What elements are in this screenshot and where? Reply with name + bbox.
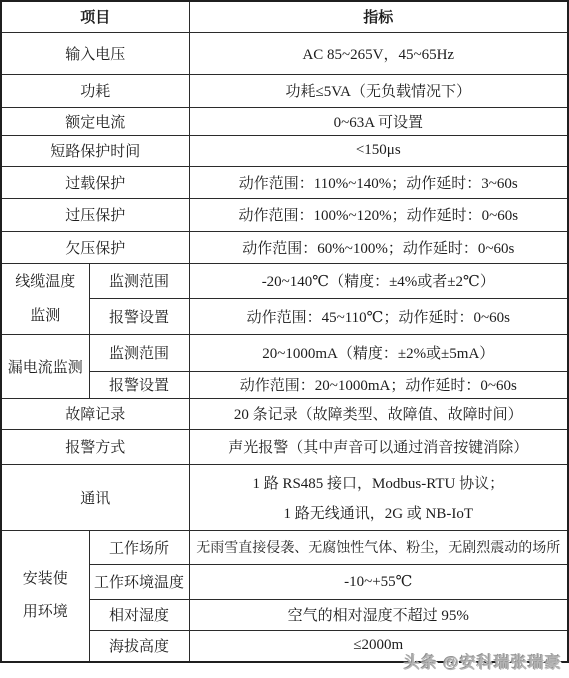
spec-table: 项目 指标 输入电压 AC 85~265V，45~65Hz 功耗 功耗≤5VA（…: [0, 0, 569, 663]
spec-sheet-page: 项目 指标 输入电压 AC 85~265V，45~65Hz 功耗 功耗≤5VA（…: [0, 0, 569, 678]
table-row: 输入电压 AC 85~265V，45~65Hz: [1, 32, 568, 74]
sub-value-relative-humidity: 空气的相对湿度不超过 95%: [189, 599, 568, 630]
row-label-undervoltage-protection: 欠压保护: [1, 231, 189, 263]
toutiao-watermark: 头条 @安科瑞张瑞豪: [404, 650, 562, 673]
sub-label-work-place: 工作场所: [89, 530, 189, 564]
table-row: 报警方式 声光报警（其中声音可以通过消音按键消除）: [1, 429, 568, 464]
row-value-short-circuit-time: <150μs: [189, 135, 568, 166]
communication-line-2: 1 路无线通讯，2G 或 NB-IoT: [193, 499, 565, 529]
row-label-communication: 通讯: [1, 464, 189, 530]
table-row: 线缆温度 监测 监测范围 -20~140℃（精度：±4%或者±2℃）: [1, 263, 568, 299]
communication-line-1: 1 路 RS485 接口，Modbus-RTU 协议；: [193, 469, 565, 499]
row-label-power-consumption: 功耗: [1, 74, 189, 107]
table-row: 过载保护 动作范围：110%~140%；动作延时：3~60s: [1, 166, 568, 198]
table-row: 短路保护时间 <150μs: [1, 135, 568, 166]
sub-label-altitude: 海拔高度: [89, 630, 189, 662]
sub-value-work-temperature: -10~+55℃: [189, 564, 568, 599]
group-label-install-environment: 安装使 用环境: [1, 530, 89, 662]
sub-label-alarm-setting: 报警设置: [89, 371, 189, 398]
row-value-fault-record: 20 条记录（故障类型、故障值、故障时间）: [189, 398, 568, 429]
sub-label-work-temperature: 工作环境温度: [89, 564, 189, 599]
table-row: 欠压保护 动作范围：60%~100%；动作延时：0~60s: [1, 231, 568, 263]
sub-value-work-place: 无雨雪直接侵袭、无腐蚀性气体、粉尘，无剧烈震动的场所: [189, 530, 568, 564]
row-label-input-voltage: 输入电压: [1, 32, 189, 74]
row-label-rated-current: 额定电流: [1, 107, 189, 135]
table-row: 通讯 1 路 RS485 接口，Modbus-RTU 协议； 1 路无线通讯，2…: [1, 464, 568, 530]
sub-value-monitor-range: 20~1000mA（精度：±2%或±5mA）: [189, 334, 568, 371]
table-row: 漏电流监测 监测范围 20~1000mA（精度：±2%或±5mA）: [1, 334, 568, 371]
table-row: 功耗 功耗≤5VA（无负载情况下）: [1, 74, 568, 107]
row-label-fault-record: 故障记录: [1, 398, 189, 429]
row-value-communication: 1 路 RS485 接口，Modbus-RTU 协议； 1 路无线通讯，2G 或…: [189, 464, 568, 530]
group-label-cable-temp-monitoring: 线缆温度 监测: [1, 263, 89, 334]
sub-label-monitor-range: 监测范围: [89, 263, 189, 299]
row-value-overload-protection: 动作范围：110%~140%；动作延时：3~60s: [189, 166, 568, 198]
table-row: 故障记录 20 条记录（故障类型、故障值、故障时间）: [1, 398, 568, 429]
sub-label-relative-humidity: 相对湿度: [89, 599, 189, 630]
row-label-alarm-mode: 报警方式: [1, 429, 189, 464]
row-value-rated-current: 0~63A 可设置: [189, 107, 568, 135]
row-value-alarm-mode: 声光报警（其中声音可以通过消音按键消除）: [189, 429, 568, 464]
row-value-input-voltage: AC 85~265V，45~65Hz: [189, 32, 568, 74]
row-value-power-consumption: 功耗≤5VA（无负载情况下）: [189, 74, 568, 107]
row-label-short-circuit-time: 短路保护时间: [1, 135, 189, 166]
sub-value-alarm-setting: 动作范围：45~110℃；动作延时：0~60s: [189, 299, 568, 335]
sub-label-alarm-setting: 报警设置: [89, 299, 189, 335]
table-row: 额定电流 0~63A 可设置: [1, 107, 568, 135]
row-value-undervoltage-protection: 动作范围：60%~100%；动作延时：0~60s: [189, 231, 568, 263]
row-label-overvoltage-protection: 过压保护: [1, 198, 189, 231]
table-row: 过压保护 动作范围：100%~120%；动作延时：0~60s: [1, 198, 568, 231]
table-header-row: 项目 指标: [1, 1, 568, 32]
row-value-overvoltage-protection: 动作范围：100%~120%；动作延时：0~60s: [189, 198, 568, 231]
header-item-cell: 项目: [1, 1, 189, 32]
header-spec-cell: 指标: [189, 1, 568, 32]
sub-value-monitor-range: -20~140℃（精度：±4%或者±2℃）: [189, 263, 568, 299]
sub-label-monitor-range: 监测范围: [89, 334, 189, 371]
group-label-leakage-monitoring: 漏电流监测: [1, 334, 89, 398]
sub-value-alarm-setting: 动作范围：20~1000mA；动作延时：0~60s: [189, 371, 568, 398]
table-row: 安装使 用环境 工作场所 无雨雪直接侵袭、无腐蚀性气体、粉尘，无剧烈震动的场所: [1, 530, 568, 564]
row-label-overload-protection: 过载保护: [1, 166, 189, 198]
